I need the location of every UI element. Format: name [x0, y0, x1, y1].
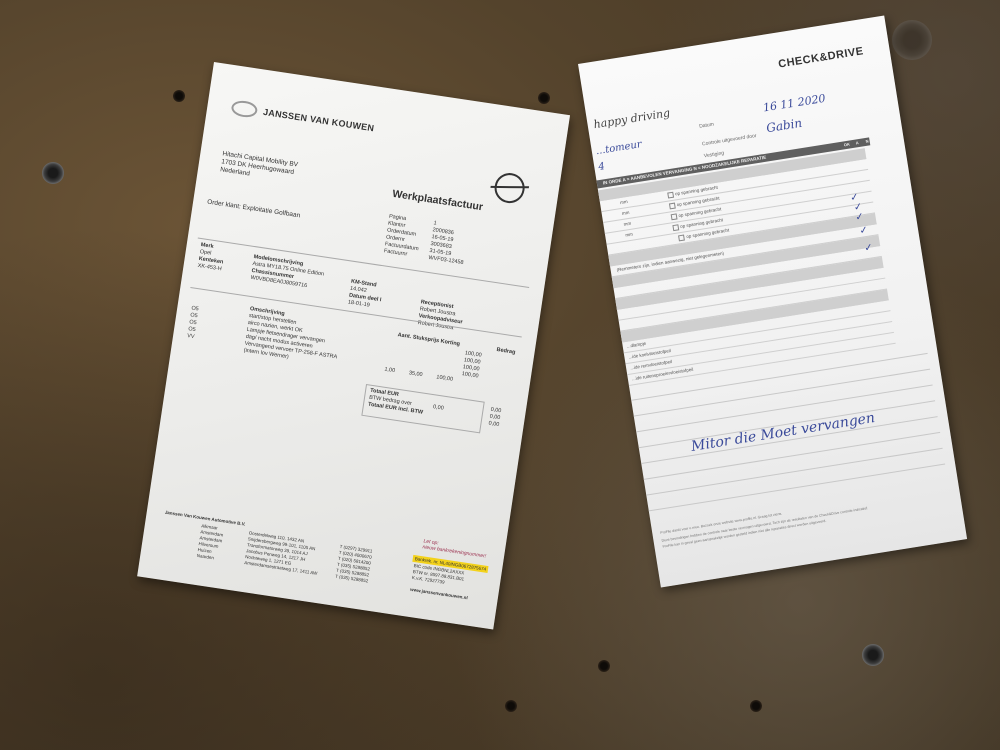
line-descriptions: Omschrijving start/stop herstellen airco…: [243, 306, 343, 368]
plate-hole: [173, 90, 185, 102]
field-value-date: 16 11 2020: [762, 92, 826, 115]
checkmark-icon: ✓: [855, 211, 865, 223]
checkbox[interactable]: [668, 202, 675, 209]
handwritten-number: 4: [598, 161, 606, 173]
plate-hole: [750, 700, 762, 712]
totals-values: 0,00 0,00 0,00: [488, 407, 502, 429]
recipient-address: Hitachi Capital Mobility BV 1703 DK Heer…: [219, 150, 298, 185]
plate-hole: [538, 92, 550, 104]
plate-bolt: [42, 162, 64, 184]
vehicle-km: KM-Stand 14.042 Datum deel I 18-01-19: [347, 279, 383, 312]
checkmark-icon: ✓: [859, 225, 869, 237]
footer-cities: AlkmaarAmsterdamAmsterdam HilversumHuize…: [196, 523, 224, 562]
tagline: happy driving: [593, 106, 671, 131]
checkbox[interactable]: [670, 213, 677, 220]
checkbox[interactable]: [672, 224, 679, 231]
status-header-a: A: [855, 140, 859, 145]
column-header-qty: Aant. Stuksprijs Korting: [397, 332, 460, 347]
checkbox[interactable]: [667, 192, 674, 199]
plate-bolt: [862, 644, 884, 666]
bank-notice: Let op: nieuw bankrekeningnummer!: [422, 538, 487, 559]
website-link: www.janssenvankouwen.nl: [410, 587, 468, 601]
footer-text: Deze bevindingen hebben de controle naar…: [661, 506, 868, 543]
footer-streets: Oosterdelweg 110, 1432 ANSnijdersbergweg…: [244, 530, 322, 577]
line-codes: O5 O5 O5 O5 VV: [187, 305, 199, 341]
opel-logo-icon: [493, 171, 527, 205]
company-logo: JANSSEN VAN KOUWEN: [230, 99, 375, 136]
checkbox[interactable]: [678, 234, 685, 241]
order-client: Order klant: Exploitatie Golfbaan: [207, 199, 301, 220]
invoice-sheet: JANSSEN VAN KOUWEN Hitachi Capital Mobil…: [137, 62, 570, 629]
plate-hole: [598, 660, 610, 672]
handwritten-name: ...tomeur: [595, 139, 642, 157]
footer-phones: T (0297) 329911T (020) 4000670T (020) 58…: [335, 544, 373, 585]
plate-hole: [505, 700, 517, 712]
totals-box: Totaal EUR BTW bedrag over 0,00 Totaal E…: [361, 384, 484, 433]
field-label: Datum: [699, 122, 714, 130]
field-value-inspector: Gabin: [765, 116, 803, 135]
field-label: Vestiging: [704, 150, 725, 159]
field-label: Controle uitgevoerd door: [702, 133, 757, 148]
column-header-amount: Bedrag: [496, 347, 516, 356]
vehicle-brand: Merk Opel Kenteken XK-453-H: [197, 242, 226, 273]
checkmark-icon: ✓: [864, 242, 874, 254]
status-header-ok: OK: [844, 141, 851, 147]
logo-mark-icon: [230, 99, 258, 119]
vehicle-staff: Receptionist Robert Joustra Verkoopadvis…: [417, 299, 465, 333]
plate-bolt: [892, 20, 932, 60]
brand-logo: CHECK&DRIVE: [777, 45, 864, 70]
handwritten-note: Mitor die Moet vervangen: [690, 410, 876, 455]
status-header-n: N: [865, 139, 869, 144]
vehicle-model: Modelomschrijving Astra MY18.75 Online E…: [250, 254, 326, 292]
invoice-meta: Pagina1 Klantnr2000836 Orderdatum16-05-1…: [383, 214, 493, 271]
invoice-title: Werkplaatsfactuur: [392, 188, 484, 213]
